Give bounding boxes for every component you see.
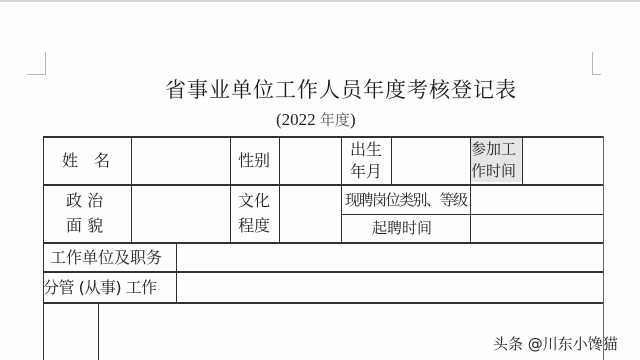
field-row5-label [44,304,98,360]
subtitle-open: (2022 [276,110,320,129]
field-work-start[interactable] [523,138,603,184]
subtitle-year-word: 年度 [320,111,350,129]
label-work-start-1: 参加工 [471,138,522,160]
label-hire-time: 起聘时间 [372,217,432,239]
margin-corner-mark-left [27,52,46,75]
document-subtitle: (2022 年度) [276,109,356,130]
field-duties[interactable] [177,273,603,302]
label-name: 姓 名 [62,149,110,173]
label-political-2: 面 貌 [66,214,103,238]
label-birth-1: 出生 [350,138,382,162]
label-work-start-2: 作时间 [471,160,522,182]
watermark: 头条 @川东小馋猫 [493,333,618,354]
field-education[interactable] [280,186,340,242]
label-unit-position: 工作单位及职务 [50,246,162,270]
margin-corner-mark-right [592,52,601,75]
document-title: 省事业单位工作人员年度考核登记表 [165,74,545,104]
col-line-4 [341,136,342,243]
page-top-edge [0,0,640,2]
subtitle-close: ) [350,110,356,129]
field-name[interactable] [132,138,229,184]
label-duties: 分管 (从事) 工作 [43,276,157,300]
label-post-category: 现聘岗位类别、等级 [345,189,467,211]
label-education-2: 程度 [238,214,270,238]
label-birth-2: 年月 [350,160,382,184]
field-post-category[interactable] [471,186,603,214]
label-education-1: 文化 [238,189,270,213]
label-political-1: 政 治 [66,189,103,213]
field-unit-position[interactable] [177,244,603,271]
field-political[interactable] [132,186,229,242]
field-hire-time[interactable] [471,215,603,242]
col-line-2 [230,136,231,243]
field-birth[interactable] [392,138,469,184]
table-border-right [603,136,604,360]
field-gender[interactable] [280,138,340,184]
label-gender: 性别 [238,149,270,173]
